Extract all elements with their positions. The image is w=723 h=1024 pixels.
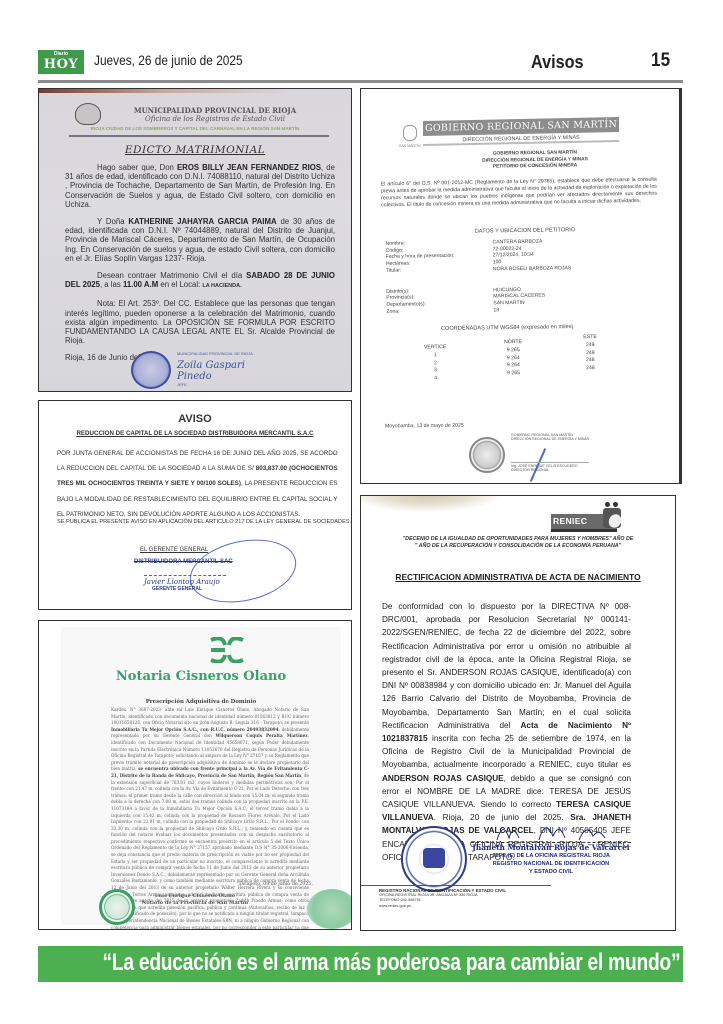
letterhead-footer: REGISTRO NACIONAL DE IDENTIFICACIÓN Y ES… [379, 888, 506, 909]
official-motto: "DECENIO DE LA IGUALDAD DE OPORTUNIDADES… [361, 536, 675, 550]
logo-main-text: HOY [38, 58, 84, 72]
cell: 4 [416, 375, 456, 383]
ad-edicto-matrimonial: MUNICIPALIDAD PROVINCIAL DE RIOJA Oficin… [38, 88, 352, 392]
signature-role: Y ESTADO CIVIL [471, 868, 631, 876]
text: Hago saber que, Don [97, 163, 177, 172]
ad-title: EDICTO MATRIMONIAL [39, 144, 351, 156]
text: Y Doña [97, 217, 128, 226]
header-divider [38, 80, 683, 83]
divider [69, 135, 329, 137]
field-value: NORA ROSELI BARBOZA ROJAS [493, 265, 572, 273]
section-title: Avisos [531, 52, 584, 73]
institution-motto: RIOJA CIUDAD DE LOS SOMBREROS Y CAPITAL … [47, 126, 343, 131]
signature-block: MUNICIPALIDAD PROVINCIAL DE RIOJA Zoila … [177, 351, 277, 391]
quote-text: “La educación es el arma más poderosa pa… [103, 949, 619, 977]
signature-role: JEFE (E) DE LA OFICINA REGISTRAL RIOJA [471, 852, 631, 860]
motto-line: "DECENIO DE LA IGUALDAD DE OPORTUNIDADES… [361, 536, 675, 543]
registry-seal-icon [401, 826, 467, 892]
signature-block: Luis Enrique Cisneros Olano Notario de l… [39, 893, 351, 907]
text: en el Local: [158, 280, 202, 289]
seal-emblem [423, 848, 445, 868]
groom-name: EROS BILLY JEAN FERNANDEZ RIOS [177, 163, 321, 172]
masthead: Diario HOY Jueves, 26 de junio de 2025 A… [38, 48, 683, 76]
signer-name: Luis Enrique Cisneros Olano [39, 893, 351, 900]
paragraph-ceremony: Desean contraer Matrimonio Civil el día … [65, 271, 335, 291]
text: , a las [100, 280, 123, 289]
ad-aviso-reduccion-capital: AVISO REDUCCION DE CAPITAL DE LA SOCIEDA… [38, 400, 352, 610]
ceremony-place: LA HACIENDA. [202, 283, 241, 289]
scanned-document: MUNICIPALIDAD PROVINCIAL DE RIOJA Oficin… [39, 89, 351, 391]
datos-title: DATOS Y UBICACION DEL PETITORIO [361, 226, 679, 236]
signature-header: MUNICIPALIDAD PROVINCIAL DE RIOJA [177, 351, 277, 356]
signature-role: JEFE [177, 382, 277, 387]
text: Kardex. N° 3687-2023- ante mi Luis Enriq… [111, 707, 309, 725]
institution-name: MUNICIPALIDAD PROVINCIAL DE RIOJA [39, 106, 351, 115]
column-norte: NORTE 9 265 9 264 9 264 9 265 [493, 339, 534, 379]
ad-footer: SE PUBLICA EL PRESENTE AVISO EN APLICACI… [57, 519, 341, 525]
signature-role: GERENTE GENERAL [152, 586, 274, 592]
petitorio-fields: Nombre:CANTERA BARBOZA Código:72-00022-2… [385, 237, 646, 315]
field-label: Zona: [386, 307, 493, 315]
scanned-document: Notaria Cisneros Olano Prescripción Adqu… [61, 627, 341, 925]
diario-hoy-logo[interactable]: Diario HOY [38, 50, 84, 74]
field-value: 27/12/2024, 10:34 [493, 252, 534, 259]
text: De conformidad con lo dispuesto por la D… [382, 602, 631, 730]
signature-block: EL GERENTE GENERAL DISTRIBUIDORA MERCANT… [134, 547, 274, 592]
crest-label: SAN MARTÍN [399, 144, 421, 148]
office-name: Oficina de los Registros de Estado Civil [39, 115, 351, 123]
paragraph-groom: Hago saber que, Don EROS BILLY JEAN FERN… [65, 163, 335, 209]
ad-body: POR JUNTA GENERAL DE ACCIONISTAS DE FECH… [57, 446, 338, 522]
official-seal-icon [469, 437, 505, 473]
notary-name: Notaria Cisneros Olano [61, 669, 341, 684]
head-shape [613, 502, 618, 507]
signer-role: Notario de la Provincia de San Martín [39, 900, 351, 907]
place-date: Tarapoto, 09 de junio de 2025. [238, 882, 313, 887]
company-name: Inmobiliaria Tu Mejor Opción S.A.C., con… [111, 727, 278, 732]
quote-banner: “La educación es el arma más poderosa pa… [38, 946, 683, 982]
logo-text: RENIEC [553, 516, 587, 526]
coordinates-title: COORDENADAS UTM WGS84 (expresado en mile… [441, 324, 573, 332]
notaria-logo-icon [207, 637, 247, 663]
footer-link: www.reniec.gob.pe [379, 904, 506, 909]
signature-scrawl-icon [489, 818, 609, 842]
ad-title: RECTIFICACION ADMINISTRATIVA DE ACTA DE … [361, 571, 675, 583]
notary-stamp-icon [307, 889, 352, 929]
signature-title: EL GERENTE GENERAL [140, 547, 274, 553]
signature-role: REGISTRO NACIONAL DE IDENTIFICACIÓN [471, 860, 631, 868]
ad-petitorio-minero: SAN MARTÍN GOBIERNO REGIONAL SAN MARTÍN … [360, 88, 682, 484]
signature-block: GOBIERNO REGIONAL SAN MARTÍN DIRECCIÓN R… [511, 433, 589, 473]
representative-name: Wilquerson Coquis Peralta Martínez [216, 733, 308, 738]
reniec-family-icon [601, 502, 625, 530]
paragraph-bride: Y Doña KATHERINE JAHAYRA GARCIA PAIMA de… [65, 217, 335, 263]
motto-line: " AÑO DE LA RECUPERACIÓN Y CONSOLIDACIÓN… [361, 543, 675, 550]
ad-reniec-rectificacion: RENIEC "DECENIO DE LA IGUALDAD DE OPORTU… [360, 495, 676, 931]
signature-role: DIRECTOR REGIONAL [511, 468, 589, 472]
signature-dept: DIRECCIÓN REGIONAL DE ENERGÍA Y MINAS [511, 437, 589, 441]
regional-crest-icon [403, 125, 417, 141]
bride-name: KATHERINE JAHAYRA GARCIA PAIMA [128, 217, 276, 226]
signature-company: DISTRIBUIDORA MERCANTIL SAC [134, 559, 274, 565]
issue-date: Jueves, 26 de junio de 2025 [94, 53, 243, 68]
signature-name: Javier Llontop Araujo [144, 575, 226, 586]
ad-notaria-cisneros: Notaria Cisneros Olano Prescripción Adqu… [38, 620, 352, 930]
place-date: Moyobamba, 13 de mayo de 2025 [385, 423, 464, 430]
intro-paragraph: El artículo 6° del D.S. Nº 001-2012-MC (… [381, 177, 657, 209]
column-vertice: VERTICE 1 2 3 4 [415, 344, 456, 384]
ad-title: AVISO [39, 413, 351, 425]
coordinates-table: VERTICE 1 2 3 4 NORTE 9 265 9 264 9 264 … [415, 333, 635, 336]
cell: 248 [575, 365, 605, 373]
text: Desean contraer Matrimonio Civil el día [97, 271, 246, 280]
ad-subtitle: REDUCCION DE CAPITAL DE LA SOCIEDAD DIST… [39, 430, 351, 437]
signature-name: Zoila Gaspari Pinedo [177, 360, 277, 382]
document-heading: GOBIERNO REGIONAL SAN MARTÍN DIRECCIÓN R… [461, 150, 609, 172]
scan-stain [360, 495, 501, 512]
titular-name: ANDERSON ROJAS CASIQUE [382, 774, 504, 783]
field-value: 18 [493, 307, 499, 314]
paragraph-nota: Nota: El Art. 253º. Del CC. Establece qu… [65, 299, 335, 345]
field-value: SAN MARTIN [493, 300, 524, 307]
cell: 9 265 [493, 370, 533, 378]
column-este: ESTE 249 249 248 248 [575, 334, 606, 373]
head-shape [605, 502, 610, 507]
signature-block: Jhaneth Montalvan Rojas de Valcarcel JEF… [471, 842, 631, 876]
footer-divider [361, 885, 551, 886]
ceremony-time: 11.00 A.M [123, 280, 158, 289]
document-title: Prescripción Adquisitiva de Dominio [61, 699, 341, 705]
property-location: se encuentra ubicado con frente principa… [111, 766, 309, 778]
ad-body: Hago saber que, Don EROS BILLY JEAN FERN… [65, 163, 335, 371]
official-seal-icon [131, 351, 171, 389]
page-number: 15 [651, 50, 670, 72]
signature-name: Jhaneth Montalvan Rojas de Valcarcel [471, 842, 631, 852]
